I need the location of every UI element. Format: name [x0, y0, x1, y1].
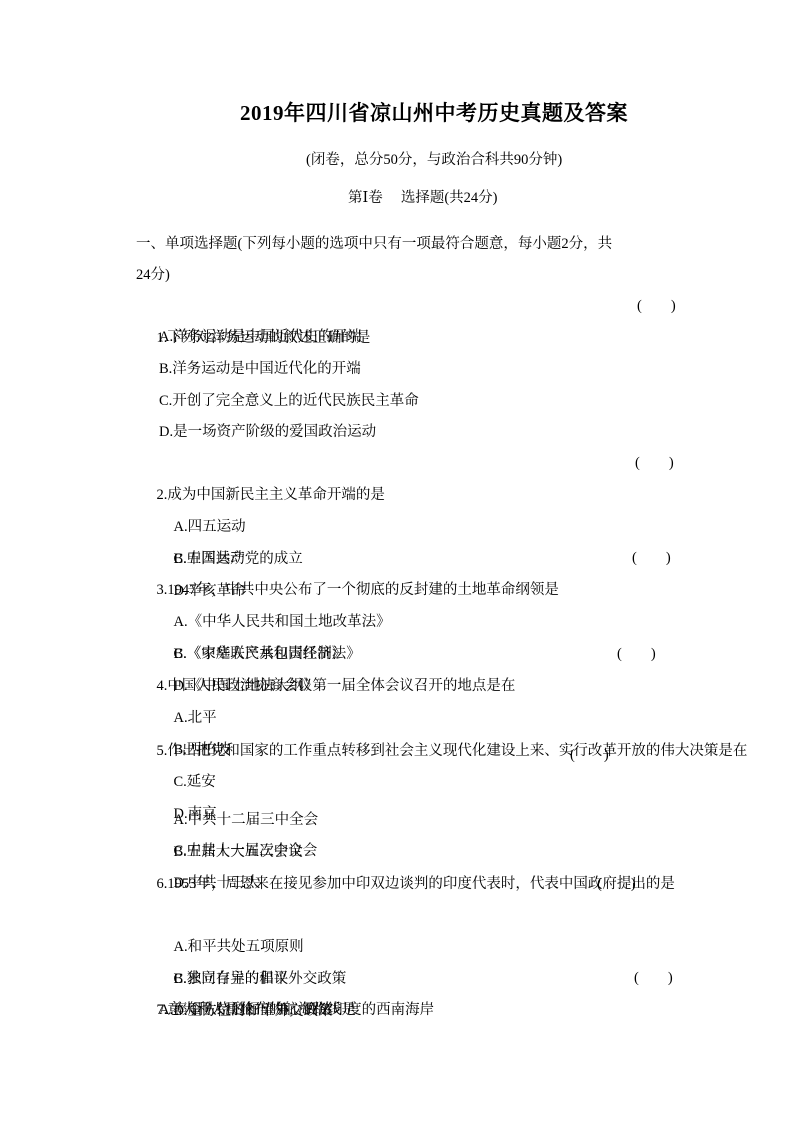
exam-title: 2019年四川省凉山州中考历史真题及答案 — [240, 100, 628, 126]
question-3-answer-blank: ( ) — [632, 542, 671, 574]
question-2-answer-blank: ( ) — [635, 447, 674, 479]
question-7-answer-blank: ( ) — [634, 962, 673, 994]
question-5-options-row-1: A.中共十二届三中全会 B.五届人大五次会议 — [159, 772, 704, 804]
question-1-option-a: A.洋务运动是中国近代史的开端 — [159, 321, 704, 353]
question-4-options-row: A.北平 B.西柏坡 C.延安 D.南京 — [159, 670, 704, 702]
question-5-answer-blank: ( ) — [570, 739, 609, 771]
question-5-options-row-2: C.中共十一届三中全会 D.中共十三大 — [159, 803, 704, 835]
question-1-option-d: D.是一场资产阶级的爱国政治运动 — [159, 416, 704, 448]
exam-subtitle: (闭卷，总分50分，与政治合科共90分钟) — [306, 148, 562, 172]
question-1-option-c: C.开创了完全意义上的近代民族民主革命 — [159, 385, 704, 417]
question-6-answer-blank: ( ) — [597, 868, 636, 900]
question-4: 4.中国人民政治协商会议第一届全体会议召开的地点是在 ( ) — [142, 638, 702, 670]
question-6-options-row-1: A.和平共处五项原则 B.独立自主的和平外交政策 — [159, 899, 704, 931]
exam-document-page: 2019年四川省凉山州中考历史真题及答案 (闭卷，总分50分，与政治合科共90分… — [0, 0, 794, 1123]
question-1: 1.下列对洋务运动的叙述正确的是 ( ) — [142, 290, 702, 322]
question-7-option-a: A.率船队绕过好望角，到达印度的西南海岸 — [159, 994, 704, 1026]
question-6-options-row-2: C.求同存异的倡议 D.全方位的和平外交政策 — [159, 931, 704, 963]
question-5-stem: 5.作出把党和国家的工作重点转移到社会主义现代化建设上来、实行改革开放的伟大决策… — [157, 743, 748, 759]
question-2: 2.成为中国新民主主义革命开端的是 ( ) — [142, 447, 702, 479]
intro-line-1: 一、单项选择题(下列每小题的选项中只有一项最符合题意，每小题2分，共 — [136, 228, 612, 260]
question-4-answer-blank: ( ) — [617, 638, 656, 670]
question-5: 5.作出把党和国家的工作重点转移到社会主义现代化建设上来、实行改革开放的伟大决策… — [142, 703, 702, 735]
question-3-options-row-2: C.《家庭联产承包责任制》 D.《中国土地法大纲》 — [159, 606, 704, 638]
question-2-options-row-1: A.四五运动 B.五四运动 — [159, 479, 704, 511]
question-3-options-row-1: A.《中华人民共和国土地改革法》 B.《中华人民共和国经济法》 — [159, 574, 704, 606]
intro-line-2: 24分) — [136, 259, 170, 291]
question-2-options-row-2: C.中国共产党的成立 D.辛亥革命 — [159, 511, 704, 543]
question-3: 3.1947年，中共中央公布了一个彻底的反封建的土地革命纲领是 ( ) — [142, 542, 702, 574]
question-7: 7.意大利人哥伦布的航海路线是 ( ) — [142, 962, 702, 994]
section-heading: 第Ⅰ卷 选择题(共24分) — [348, 186, 498, 210]
question-1-answer-blank: ( ) — [637, 290, 676, 322]
question-6: 6.1953年，周恩来在接见参加中印双边谈判的印度代表时，代表中国政府提出的是 — [142, 836, 702, 868]
question-1-option-b: B.洋务运动是中国近代化的开端 — [159, 353, 704, 385]
